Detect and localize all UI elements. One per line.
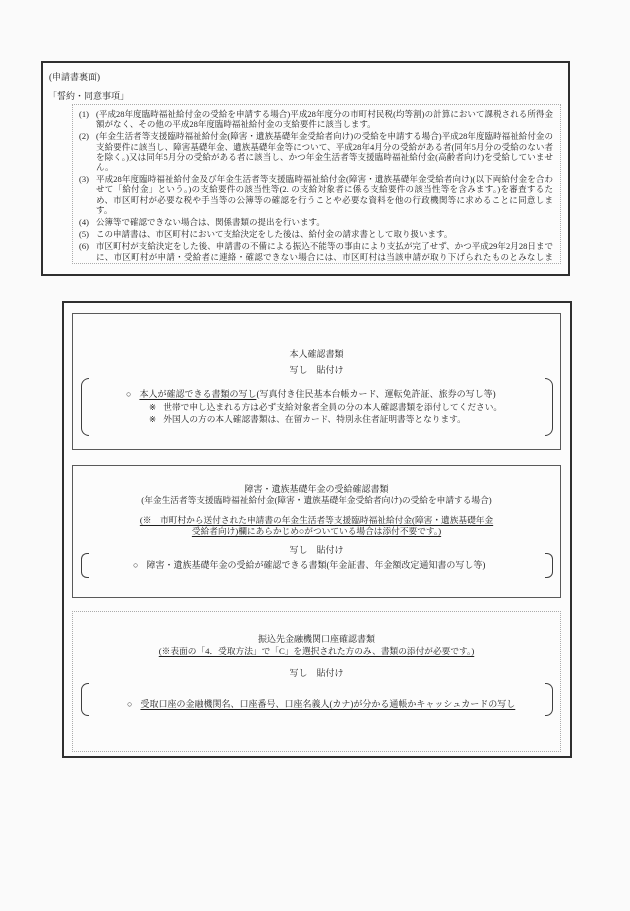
pension-item-line: ○障害・遺族基礎年金の受給が確認できる書類(年金証書、年金額改定通知書の写し等) [133, 558, 485, 571]
bank-note-text: (※表面の「4．受取方法」で「C」を選択された方のみ、書類の添付が必要です。) [159, 646, 474, 656]
circle-marker: ○ [133, 560, 138, 570]
pledge-item: (6) 市区町村が支給決定をした後、申請書の不備による振込不能等の事由により支払… [79, 241, 553, 264]
identity-item-underlined-text: 本人が確認できる書類の写し [139, 389, 256, 399]
pension-note-text: 受給者向け)欄にあらかじめ○がついている場合は添付不要です。) [192, 526, 441, 536]
pension-box-subtitle: (年金生活者等支援臨時福祉給付金(障害・遺族基礎年金受給者向け)の受給を申請する… [73, 494, 560, 506]
identity-note-line: ※世帯で申し込まれる方は必ず支給対象者全員の分の本人確認書類を添付してください。 [149, 401, 502, 413]
bank-box-title: 振込先金融機関口座確認書類 [73, 632, 560, 645]
identity-note-line: ※外国人の方の本人確認書類は、在留カード、特別永住者証明書等となります。 [149, 413, 466, 425]
pledge-item-number: (3) [79, 174, 96, 215]
pledge-item-text: 平成28年度臨時福祉給付金及び年金生活者等支援臨時福祉給付金(障害・遺族基礎年金… [96, 174, 553, 215]
pledge-item: (4) 公簿等で確認できない場合は、関係書類の提出を行います。 [79, 217, 553, 227]
pledge-section: (申請書裏面) 「誓約・同意事項」 (1) (平成28年度臨時福祉給付金の受給を… [41, 61, 570, 276]
pledge-item-text: この申請書は、市区町村において支給決定をした後は、給付金の請求書として取り扱いま… [96, 229, 553, 239]
pledge-item-text: (平成28年度臨時福祉給付金の受給を申請する場合)平成28年度分の市町村民税(均… [96, 109, 553, 129]
right-bracket-decoration [545, 683, 553, 716]
pledge-heading: 「誓約・同意事項」 [48, 89, 129, 102]
identity-item-line: ○本人が確認できる書類の写し(写真付き住民基本台帳カード、運転免許証、旅券の写し… [126, 387, 496, 400]
identity-box-title: 本人確認書類 [73, 347, 560, 360]
left-bracket-decoration [81, 553, 89, 578]
pledge-item-number: (5) [79, 229, 96, 239]
bank-item-text: 受取口座の金融機関名、口座番号、口座名義人(カナ)が分かる通帳かキャッシュカード… [140, 699, 515, 709]
pledge-item: (2) (年金生活者等支援臨時福祉給付金(障害・遺族基礎年金受給者向け)の受給を… [79, 131, 553, 172]
attachments-section: 本人確認書類 写し 貼付け ○本人が確認できる書類の写し(写真付き住民基本台帳カ… [62, 301, 572, 758]
pledge-item-text: 市区町村が支給決定をした後、申請書の不備による振込不能等の事由により支払が完了せ… [96, 241, 553, 264]
circle-marker: ○ [126, 389, 131, 399]
pension-paste-label: 写し 貼付け [73, 543, 560, 556]
left-bracket-decoration [81, 378, 89, 436]
identity-note-text: 外国人の方の本人確認書類は、在留カード、特別永住者証明書等となります。 [163, 414, 466, 424]
reference-mark: ※ [149, 414, 156, 425]
pension-documents-box: 障害・遺族基礎年金の受給確認書類 (年金生活者等支援臨時福祉給付金(障害・遺族基… [72, 465, 561, 598]
pledge-item-number: (1) [79, 109, 96, 129]
circle-marker: ○ [127, 699, 132, 709]
identity-documents-box: 本人確認書類 写し 貼付け ○本人が確認できる書類の写し(写真付き住民基本台帳カ… [72, 313, 561, 450]
form-side-label: (申請書裏面) [49, 70, 100, 83]
pledge-list: (1) (平成28年度臨時福祉給付金の受給を申請する場合)平成28年度分の市町村… [72, 104, 561, 264]
left-bracket-decoration [81, 683, 89, 716]
right-bracket-decoration [545, 378, 553, 436]
pledge-item: (5) この申請書は、市区町村において支給決定をした後は、給付金の請求書として取… [79, 229, 553, 239]
pension-note-text: (※ 市町村から送付された申請書の年金生活者等支援臨時福祉給付金(障害・遺族基礎… [140, 515, 493, 525]
pledge-item: (3) 平成28年度臨時福祉給付金及び年金生活者等支援臨時福祉給付金(障害・遺族… [79, 174, 553, 215]
identity-paste-label: 写し 貼付け [73, 363, 560, 376]
pledge-item-text: (年金生活者等支援臨時福祉給付金(障害・遺族基礎年金受給者向け)の受給を申請する… [96, 131, 553, 172]
pledge-item-text: 公簿等で確認できない場合は、関係書類の提出を行います。 [96, 217, 553, 227]
pension-item-text: 障害・遺族基礎年金の受給が確認できる書類(年金証書、年金額改定通知書の写し等) [146, 560, 485, 570]
bank-note-line: (※表面の「4．受取方法」で「C」を選択された方のみ、書類の添付が必要です。) [73, 645, 560, 657]
bank-item-line: ○受取口座の金融機関名、口座番号、口座名義人(カナ)が分かる通帳かキャッシュカー… [127, 697, 515, 710]
reference-mark: ※ [149, 402, 156, 413]
pension-note-line-2: 受給者向け)欄にあらかじめ○がついている場合は添付不要です。) [73, 525, 560, 537]
identity-note-text: 世帯で申し込まれる方は必ず支給対象者全員の分の本人確認書類を添付してください。 [163, 402, 502, 412]
pledge-item-number: (2) [79, 131, 96, 172]
pledge-item: (1) (平成28年度臨時福祉給付金の受給を申請する場合)平成28年度分の市町村… [79, 109, 553, 129]
right-bracket-decoration [545, 553, 553, 578]
identity-item-rest-text: (写真付き住民基本台帳カード、運転免許証、旅券の写し等) [256, 389, 495, 399]
bank-documents-box: 振込先金融機関口座確認書類 (※表面の「4．受取方法」で「C」を選択された方のみ… [72, 611, 561, 752]
bank-paste-label: 写し 貼付け [73, 666, 560, 679]
pledge-item-number: (6) [79, 241, 96, 264]
pledge-item-number: (4) [79, 217, 96, 227]
